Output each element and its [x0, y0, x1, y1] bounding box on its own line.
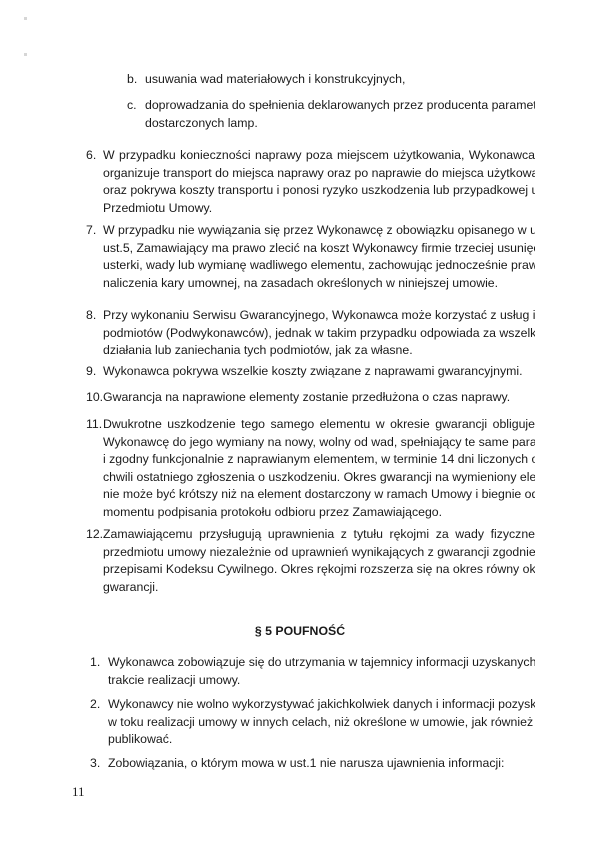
list-marker: 9.: [86, 363, 96, 381]
list-marker: 11.: [86, 416, 102, 434]
list-text: Przy wykonaniu Serwisu Gwarancyjnego, Wy…: [103, 307, 535, 360]
list-text: Gwarancja na naprawione elementy zostani…: [103, 389, 535, 407]
list-text: Wykonawcy nie wolno wykorzystywać jakich…: [108, 696, 535, 749]
list-marker: c.: [127, 97, 137, 115]
list-marker: 3.: [90, 755, 100, 773]
list-marker: b.: [127, 71, 137, 89]
list-text: W przypadku nie wywiązania się przez Wyk…: [103, 222, 535, 292]
list-text: Wykonawca zobowiązuje się do utrzymania …: [108, 654, 535, 689]
section-heading: § 5 POUFNOŚĆ: [0, 623, 600, 641]
list-marker: 6.: [86, 147, 96, 165]
list-marker: 2.: [90, 696, 100, 714]
list-text: Dwukrotne uszkodzenie tego samego elemen…: [103, 416, 535, 522]
list-marker: 10.: [86, 389, 103, 407]
page-number: 11: [72, 784, 85, 800]
list-marker: 8.: [86, 307, 96, 325]
list-text: W przypadku konieczności naprawy poza mi…: [103, 147, 535, 217]
list-text: Zamawiającemu przysługują uprawnienia z …: [103, 526, 535, 596]
list-marker: 12.: [86, 526, 103, 544]
list-text: doprowadzania do spełnienia deklarowanyc…: [145, 97, 535, 132]
list-marker: 1.: [90, 654, 100, 672]
list-marker: 7.: [86, 222, 96, 240]
list-text: usuwania wad materiałowych i konstrukcyj…: [145, 71, 535, 89]
list-text: Wykonawca pokrywa wszelkie koszty związa…: [103, 363, 535, 381]
scan-mark: [24, 17, 27, 20]
list-text: Zobowiązania, o którym mowa w ust.1 nie …: [108, 755, 535, 773]
scan-mark: [24, 53, 27, 56]
